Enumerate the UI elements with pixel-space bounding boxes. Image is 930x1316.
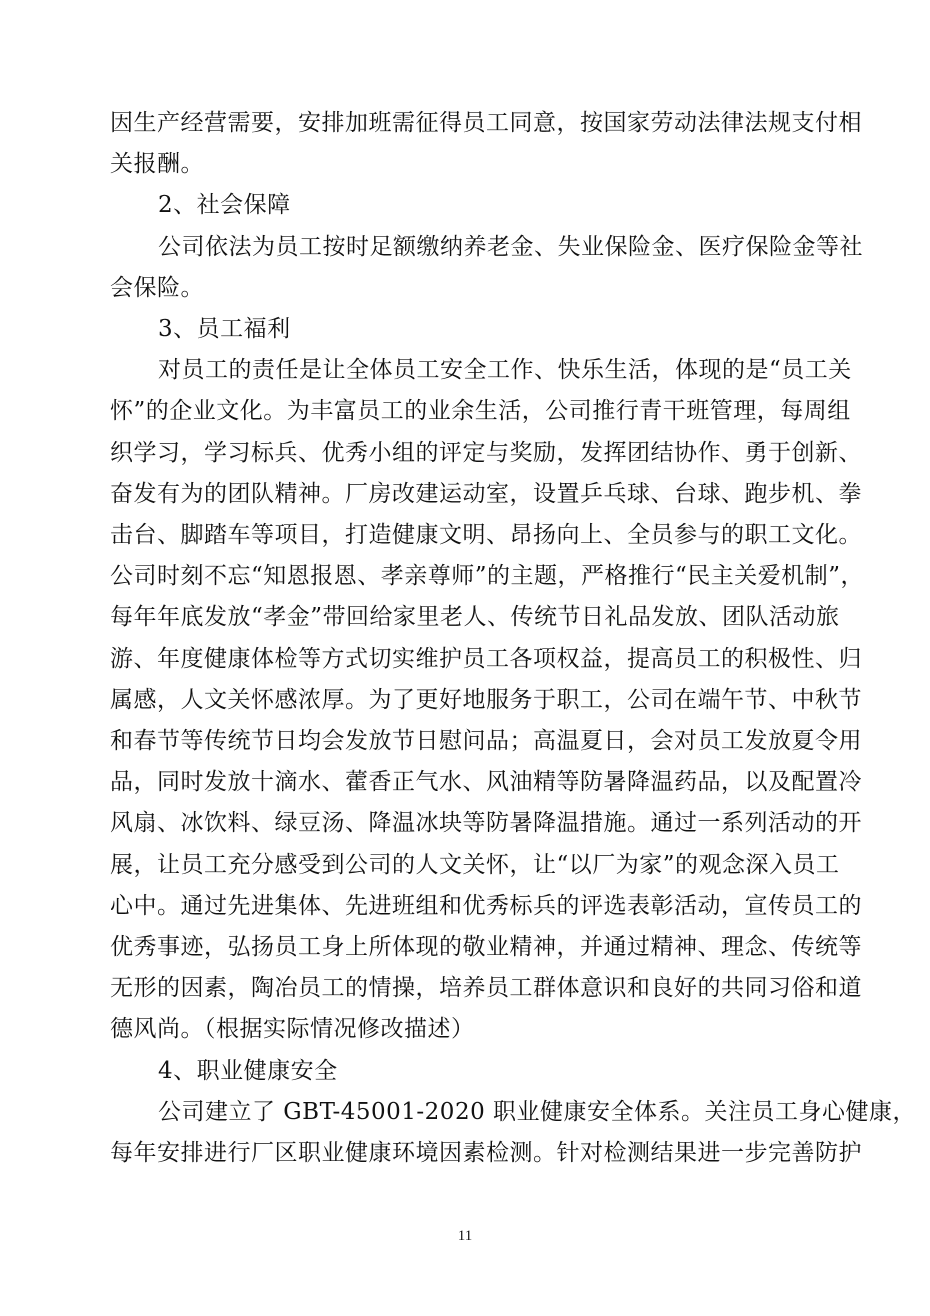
paragraph-line: 公司依法为员工按时足额缴纳养老金、失业保险金、医疗保险金等社	[158, 232, 820, 262]
document-page: 因生产经营需要，安排加班需征得员工同意，按国家劳动法律法规支付相关报酬。2、社会…	[0, 0, 930, 1316]
paragraph-line: 和春节等传统节日均会发放节日慰问品；高温夏日，会对员工发放夏令用	[110, 726, 820, 756]
paragraph-line: 风扇、冰饮料、绿豆汤、降温冰块等防暑降温措施。通过一系列活动的开	[110, 808, 820, 838]
paragraph-line: 会保险。	[110, 273, 820, 303]
page-number: 11	[0, 1228, 930, 1245]
paragraph-line: 公司建立了 GBT-45001-2020 职业健康安全体系。关注员工身心健康，	[158, 1097, 820, 1127]
paragraph-line: 游、年度健康体检等方式切实维护员工各项权益，提高员工的积极性、归	[110, 644, 820, 674]
paragraph-line: 心中。通过先进集体、先进班组和优秀标兵的评选表彰活动，宣传员工的	[110, 891, 820, 921]
paragraph-line: 每年年底发放“孝金”带回给家里老人、传统节日礼品发放、团队活动旅	[110, 602, 820, 632]
paragraph-line: 对员工的责任是让全体员工安全工作、快乐生活，体现的是“员工关	[158, 355, 820, 385]
section-heading: 3、员工福利	[158, 314, 820, 344]
paragraph-line: 无形的因素，陶冶员工的情操，培养员工群体意识和良好的共同习俗和道	[110, 973, 820, 1003]
paragraph-line: 品，同时发放十滴水、藿香正气水、风油精等防暑降温药品，以及配置冷	[110, 767, 820, 797]
paragraph-line: 属感，人文关怀感浓厚。为了更好地服务于职工，公司在端午节、中秋节	[110, 685, 820, 715]
section-heading: 4、职业健康安全	[158, 1056, 820, 1086]
paragraph-line: 因生产经营需要，安排加班需征得员工同意，按国家劳动法律法规支付相	[110, 108, 820, 138]
paragraph-line: 关报酬。	[110, 149, 820, 179]
paragraph-line: 每年安排进行厂区职业健康环境因素检测。针对检测结果进一步完善防护	[110, 1138, 820, 1168]
paragraph-line: 优秀事迹，弘扬员工身上所体现的敬业精神，并通过精神、理念、传统等	[110, 932, 820, 962]
paragraph-line: 击台、脚踏车等项目，打造健康文明、昂扬向上、全员参与的职工文化。	[110, 520, 820, 550]
paragraph-line: 怀”的企业文化。为丰富员工的业余生活，公司推行青干班管理，每周组	[110, 396, 820, 426]
paragraph-line: 织学习，学习标兵、优秀小组的评定与奖励，发挥团结协作、勇于创新、	[110, 438, 820, 468]
paragraph-line: 公司时刻不忘“知恩报恩、孝亲尊师”的主题，严格推行“民主关爱机制”，	[110, 561, 820, 591]
section-heading: 2、社会保障	[158, 190, 820, 220]
paragraph-line: 德风尚。（根据实际情况修改描述）	[110, 1014, 820, 1044]
paragraph-line: 展，让员工充分感受到公司的人文关怀，让“以厂为家”的观念深入员工	[110, 850, 820, 880]
paragraph-line: 奋发有为的团队精神。厂房改建运动室，设置乒乓球、台球、跑步机、拳	[110, 479, 820, 509]
